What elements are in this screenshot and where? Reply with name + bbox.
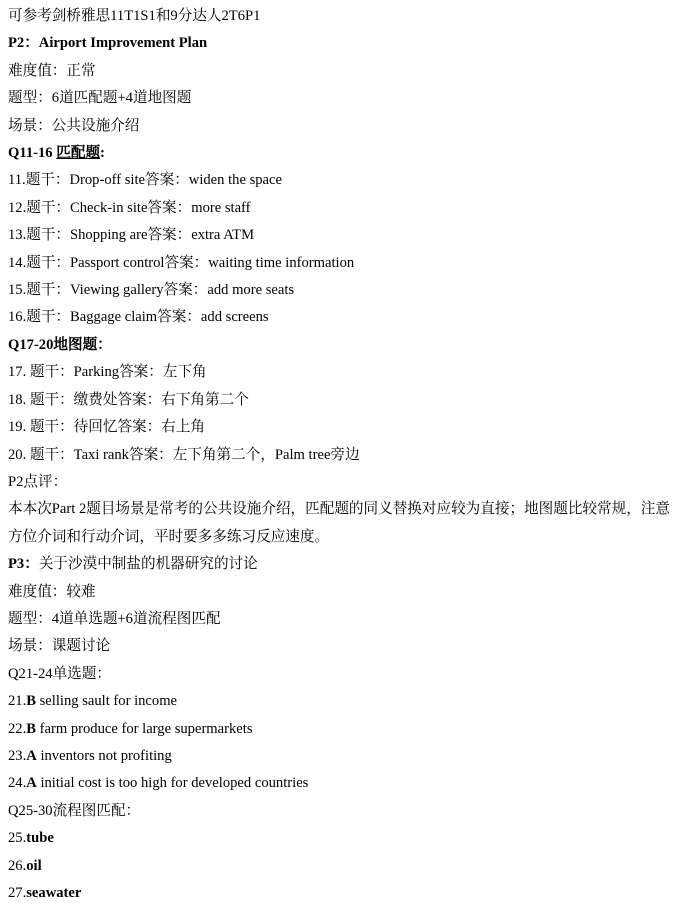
text-segment: oil bbox=[26, 858, 41, 874]
p2-comment-paragraph: 本本次Part 2题目场景是常考的公共设施介绍，匹配题的同义替换对应较为直接；地… bbox=[8, 496, 682, 551]
text-segment: 14.题干：Passport control答案：waiting time in… bbox=[8, 255, 354, 271]
text-segment: 19. 题干：待回忆答案：右上角 bbox=[8, 419, 205, 435]
text-segment: 题型：4道单选题+6道流程图匹配 bbox=[8, 611, 221, 627]
q19-line: 19. 题干：待回忆答案：右上角 bbox=[8, 414, 682, 441]
text-segment: 27. bbox=[8, 885, 26, 901]
text-segment: 难度值：正常 bbox=[8, 63, 96, 79]
text-segment: Q21-24单选题： bbox=[8, 666, 111, 682]
q24-line: 24.A initial cost is too high for develo… bbox=[8, 770, 682, 797]
q21-line: 21.B selling sault for income bbox=[8, 688, 682, 715]
q13-line: 13.题干：Shopping are答案：extra ATM bbox=[8, 222, 682, 249]
text-segment: 15.题干：Viewing gallery答案：add more seats bbox=[8, 282, 294, 298]
p2-scene-line: 场景：公共设施介绍 bbox=[8, 113, 682, 140]
q14-line: 14.题干：Passport control答案：waiting time in… bbox=[8, 250, 682, 277]
text-segment: farm produce for large supermarkets bbox=[36, 721, 253, 737]
q16-line: 16.题干：Baggage claim答案：add screens bbox=[8, 304, 682, 331]
p3-title: P3：关于沙漠中制盐的机器研究的讨论 bbox=[8, 551, 682, 578]
text-segment: 20. 题干：Taxi rank答案：左下角第二个，Palm tree旁边 bbox=[8, 447, 360, 463]
text-segment: Q25-30流程图匹配： bbox=[8, 803, 140, 819]
text-segment: P3： bbox=[8, 556, 39, 572]
q11-line: 11.题干：Drop-off site答案：widen the space bbox=[8, 167, 682, 194]
q21-24-heading: Q21-24单选题： bbox=[8, 661, 682, 688]
text-segment: Q11-16 bbox=[8, 145, 56, 161]
text-segment: A bbox=[26, 775, 37, 791]
q12-line: 12.题干：Check-in site答案：more staff bbox=[8, 195, 682, 222]
text-segment: initial cost is too high for developed c… bbox=[37, 775, 309, 791]
text-segment: seawater bbox=[26, 885, 81, 901]
text-segment: 25. bbox=[8, 830, 26, 846]
q11-16-heading: Q11-16 匹配题: bbox=[8, 140, 682, 167]
document-body: 可参考剑桥雅思11T1S1和9分达人2T6P1P2：Airport Improv… bbox=[0, 0, 688, 905]
p2-comment-heading: P2点评： bbox=[8, 469, 682, 496]
text-segment: 24. bbox=[8, 775, 26, 791]
text-segment: 22. bbox=[8, 721, 26, 737]
q18-line: 18. 题干：缴费处答案：右下角第二个 bbox=[8, 387, 682, 414]
text-segment: 17. 题干：Parking答案：左下角 bbox=[8, 364, 207, 380]
p2-title: P2：Airport Improvement Plan bbox=[8, 30, 682, 57]
text-segment: B bbox=[26, 693, 36, 709]
q17-20-heading: Q17-20地图题： bbox=[8, 332, 682, 359]
text-segment: 场景：公共设施介绍 bbox=[8, 118, 139, 134]
text-segment: P2：Airport Improvement Plan bbox=[8, 35, 207, 51]
reference-line: 可参考剑桥雅思11T1S1和9分达人2T6P1 bbox=[8, 3, 682, 30]
p2-question-types-line: 题型：6道匹配题+4道地图题 bbox=[8, 85, 682, 112]
text-segment: 21. bbox=[8, 693, 26, 709]
p3-difficulty-line: 难度值：较难 bbox=[8, 579, 682, 606]
text-segment: 关于沙漠中制盐的机器研究的讨论 bbox=[39, 556, 258, 572]
text-segment: 11.题干：Drop-off site答案：widen the space bbox=[8, 172, 282, 188]
text-segment: 16.题干：Baggage claim答案：add screens bbox=[8, 309, 269, 325]
text-segment: 可参考剑桥雅思11T1S1和9分达人2T6P1 bbox=[8, 8, 260, 24]
text-segment: 13.题干：Shopping are答案：extra ATM bbox=[8, 227, 254, 243]
text-segment: 场景：课题讨论 bbox=[8, 638, 110, 654]
text-segment: B bbox=[26, 721, 36, 737]
text-segment: 本本次Part 2题目场景是常考的公共设施介绍，匹配题的同义替换对应较为直接；地… bbox=[8, 501, 670, 544]
text-segment: : bbox=[100, 145, 105, 161]
q17-line: 17. 题干：Parking答案：左下角 bbox=[8, 359, 682, 386]
text-segment: inventors not profiting bbox=[37, 748, 172, 764]
q27-line: 27.seawater bbox=[8, 880, 682, 905]
q25-30-heading: Q25-30流程图匹配： bbox=[8, 798, 682, 825]
text-segment: 18. 题干：缴费处答案：右下角第二个 bbox=[8, 392, 249, 408]
text-segment: P2点评： bbox=[8, 474, 67, 490]
q20-line: 20. 题干：Taxi rank答案：左下角第二个，Palm tree旁边 bbox=[8, 442, 682, 469]
q25-line: 25.tube bbox=[8, 825, 682, 852]
text-segment: 匹配题 bbox=[56, 145, 100, 161]
text-segment: selling sault for income bbox=[36, 693, 177, 709]
text-segment: Q17-20地图题： bbox=[8, 337, 112, 353]
p3-question-types-line: 题型：4道单选题+6道流程图匹配 bbox=[8, 606, 682, 633]
p3-scene-line: 场景：课题讨论 bbox=[8, 633, 682, 660]
p2-difficulty-line: 难度值：正常 bbox=[8, 58, 682, 85]
text-segment: 题型：6道匹配题+4道地图题 bbox=[8, 90, 191, 106]
text-segment: 23. bbox=[8, 748, 26, 764]
q22-line: 22.B farm produce for large supermarkets bbox=[8, 716, 682, 743]
text-segment: 12.题干：Check-in site答案：more staff bbox=[8, 200, 251, 216]
q15-line: 15.题干：Viewing gallery答案：add more seats bbox=[8, 277, 682, 304]
text-segment: A bbox=[26, 748, 37, 764]
text-segment: 难度值：较难 bbox=[8, 584, 96, 600]
text-segment: tube bbox=[26, 830, 54, 846]
text-segment: 26. bbox=[8, 858, 26, 874]
q26-line: 26.oil bbox=[8, 853, 682, 880]
q23-line: 23.A inventors not profiting bbox=[8, 743, 682, 770]
